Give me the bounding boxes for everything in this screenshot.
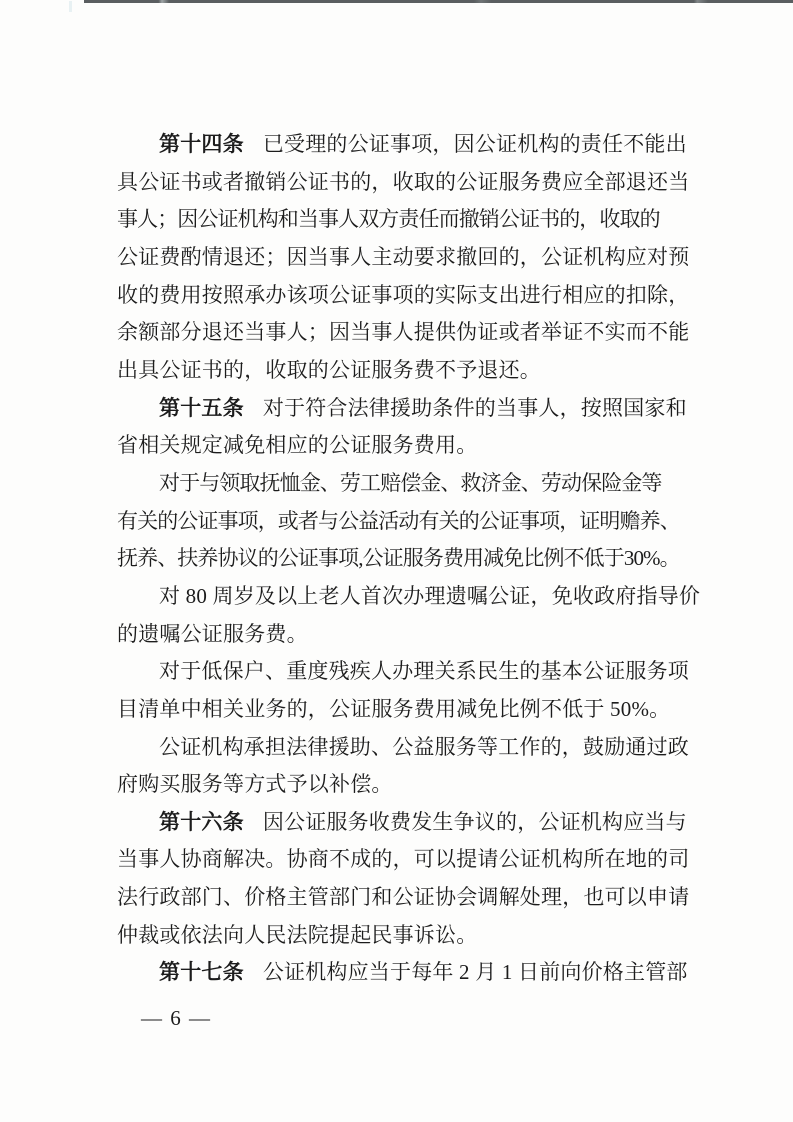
line-text: 对于与领取抚恤金、劳工赔偿金、救济金、劳动保险金等 xyxy=(159,471,662,495)
text-line: 对于低保户、重度残疾人办理关系民生的基本公证服务项 xyxy=(117,653,683,691)
line-text: 仲裁或依法向人民法院提起民事诉讼。 xyxy=(117,923,477,947)
article-number: 第十七条 xyxy=(159,961,244,984)
text-line: 事人；因公证机构和当事人双方责任而撤销公证书的，收取的 xyxy=(117,201,683,239)
text-line: 的遗嘱公证服务费。 xyxy=(117,616,683,654)
page-footer: — 6 — xyxy=(141,1005,212,1031)
document-page: 第十四条已受理的公证事项，因公证机构的责任不能出 具公证书或者撤销公证书的，收取… xyxy=(0,0,793,1122)
text-line: 第十六条因公证服务收费发生争议的，公证机构应当与 xyxy=(117,804,683,842)
line-text: 对 80 周岁及以上老人首次办理遗嘱公证，免收政府指导价 xyxy=(159,584,700,608)
article-number: 第十四条 xyxy=(159,133,244,156)
line-text: 有关的公证事项，或者与公益活动有关的公证事项，证明赡养、 xyxy=(117,509,680,533)
text-line: 出具公证书的，收取的公证服务费不予退还。 xyxy=(117,352,683,390)
document-body: 第十四条已受理的公证事项，因公证机构的责任不能出 具公证书或者撤销公证书的，收取… xyxy=(117,126,683,992)
text-line: 收的费用按照承办该项公证事项的实际支出进行相应的扣除， xyxy=(117,277,683,315)
line-text: 目清单中相关业务的，公证服务费用减免比例不低于 50%。 xyxy=(117,697,670,721)
line-text: 因公证服务收费发生争议的，公证机构应当与 xyxy=(263,810,687,834)
line-text: 余额部分退还当事人；因当事人提供伪证或者举证不实而不能 xyxy=(117,320,689,344)
scan-artifact-notch xyxy=(69,1,72,12)
text-line: 府购买服务等方式予以补偿。 xyxy=(117,766,683,804)
line-text: 公证费酌情退还；因当事人主动要求撤回的，公证机构应对预 xyxy=(117,245,689,269)
article-number: 第十六条 xyxy=(159,811,244,834)
line-text: 省相关规定减免相应的公证服务费用。 xyxy=(117,433,477,457)
text-line: 公证机构承担法律援助、公益服务等工作的，鼓励通过政 xyxy=(117,729,683,767)
text-line: 第十五条对于符合法律援助条件的当事人，按照国家和 xyxy=(117,390,683,428)
text-line: 当事人协商解决。协商不成的，可以提请公证机构所在地的司 xyxy=(117,841,683,879)
page-number: — 6 — xyxy=(141,1006,212,1030)
line-text: 对于符合法律援助条件的当事人，按照国家和 xyxy=(263,396,687,420)
text-line: 第十四条已受理的公证事项，因公证机构的责任不能出 xyxy=(117,126,683,164)
line-text: 对于低保户、重度残疾人办理关系民生的基本公证服务项 xyxy=(159,659,689,683)
line-text: 抚养、扶养协议的公证事项,公证服务费用减免比例不低于30%。 xyxy=(117,546,680,570)
scan-artifact-top-edge xyxy=(84,0,793,3)
text-line: 第十七条公证机构应当于每年 2 月 1 日前向价格主管部 xyxy=(117,954,683,992)
line-text: 收的费用按照承办该项公证事项的实际支出进行相应的扣除， xyxy=(117,283,689,307)
text-line: 具公证书或者撤销公证书的，收取的公证服务费应全部退还当 xyxy=(117,164,683,202)
line-text: 公证机构应当于每年 2 月 1 日前向价格主管部 xyxy=(263,960,688,984)
text-line: 抚养、扶养协议的公证事项,公证服务费用减免比例不低于30%。 xyxy=(117,540,683,578)
line-text: 当事人协商解决。协商不成的，可以提请公证机构所在地的司 xyxy=(117,847,689,871)
line-text: 公证机构承担法律援助、公益服务等工作的，鼓励通过政 xyxy=(159,735,689,759)
line-text: 具公证书或者撤销公证书的，收取的公证服务费应全部退还当 xyxy=(117,170,689,194)
text-line: 法行政部门、价格主管部门和公证协会调解处理，也可以申请 xyxy=(117,879,683,917)
line-text: 府购买服务等方式予以补偿。 xyxy=(117,772,393,796)
text-line: 目清单中相关业务的，公证服务费用减免比例不低于 50%。 xyxy=(117,691,683,729)
text-line: 仲裁或依法向人民法院提起民事诉讼。 xyxy=(117,917,683,955)
line-text: 的遗嘱公证服务费。 xyxy=(117,622,308,646)
article-number: 第十五条 xyxy=(159,397,244,420)
text-line: 对于与领取抚恤金、劳工赔偿金、救济金、劳动保险金等 xyxy=(117,465,683,503)
line-text: 已受理的公证事项，因公证机构的责任不能出 xyxy=(263,132,687,156)
text-line: 公证费酌情退还；因当事人主动要求撤回的，公证机构应对预 xyxy=(117,239,683,277)
line-text: 出具公证书的，收取的公证服务费不予退还。 xyxy=(117,358,541,382)
text-line: 对 80 周岁及以上老人首次办理遗嘱公证，免收政府指导价 xyxy=(117,578,683,616)
text-line: 省相关规定减免相应的公证服务费用。 xyxy=(117,427,683,465)
text-line: 余额部分退还当事人；因当事人提供伪证或者举证不实而不能 xyxy=(117,314,683,352)
text-line: 有关的公证事项，或者与公益活动有关的公证事项，证明赡养、 xyxy=(117,503,683,541)
line-text: 法行政部门、价格主管部门和公证协会调解处理，也可以申请 xyxy=(117,885,689,909)
line-text: 事人；因公证机构和当事人双方责任而撤销公证书的，收取的 xyxy=(117,207,660,231)
